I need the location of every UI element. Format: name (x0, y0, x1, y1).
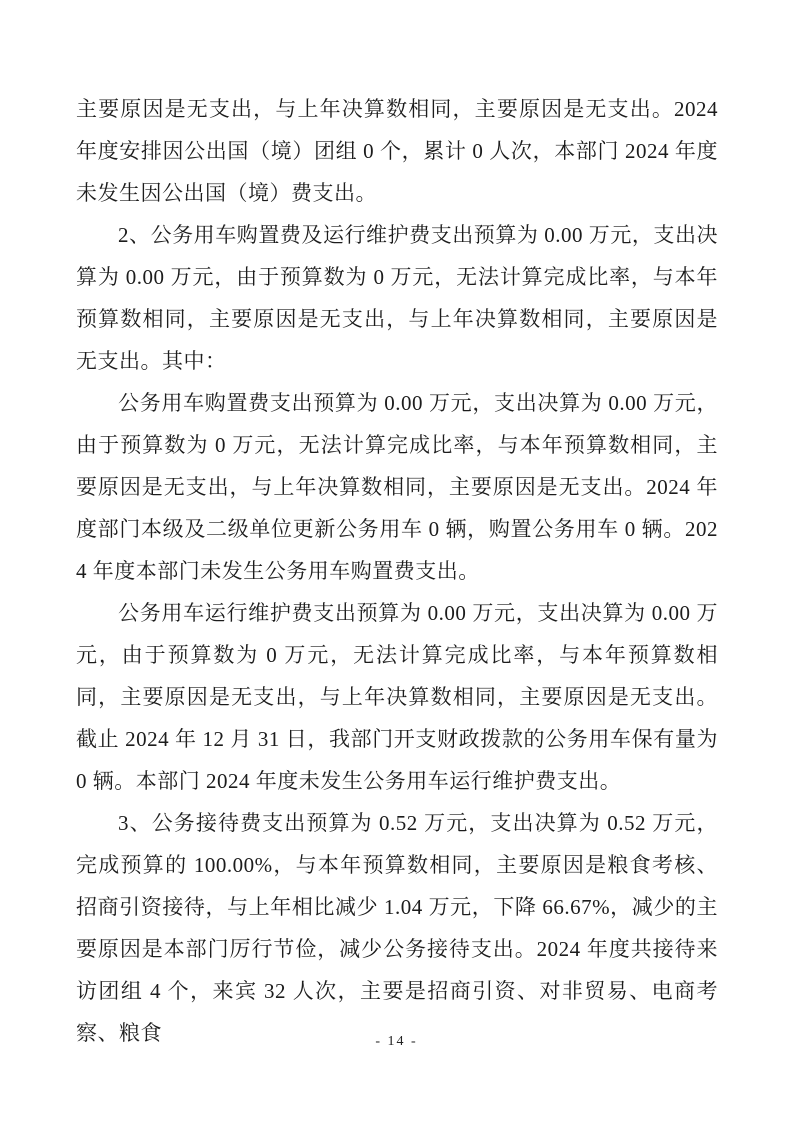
paragraph-vehicle-maintenance: 公务用车运行维护费支出预算为 0.00 万元，支出决算为 0.00 万元，由于预… (76, 592, 718, 802)
paragraph-vehicle-total: 2、公务用车购置费及运行维护费支出预算为 0.00 万元，支出决算为 0.00 … (76, 214, 718, 382)
page-number: - 14 - (0, 1034, 793, 1050)
paragraph-vehicle-purchase: 公务用车购置费支出预算为 0.00 万元，支出决算为 0.00 万元，由于预算数… (76, 382, 718, 592)
page-body-text: 主要原因是无支出，与上年决算数相同，主要原因是无支出。2024 年度安排因公出国… (76, 88, 718, 1054)
document-page: 主要原因是无支出，与上年决算数相同，主要原因是无支出。2024 年度安排因公出国… (0, 0, 793, 1122)
paragraph-continuation: 主要原因是无支出，与上年决算数相同，主要原因是无支出。2024 年度安排因公出国… (76, 88, 718, 214)
paragraph-official-reception: 3、公务接待费支出预算为 0.52 万元，支出决算为 0.52 万元，完成预算的… (76, 802, 718, 1054)
